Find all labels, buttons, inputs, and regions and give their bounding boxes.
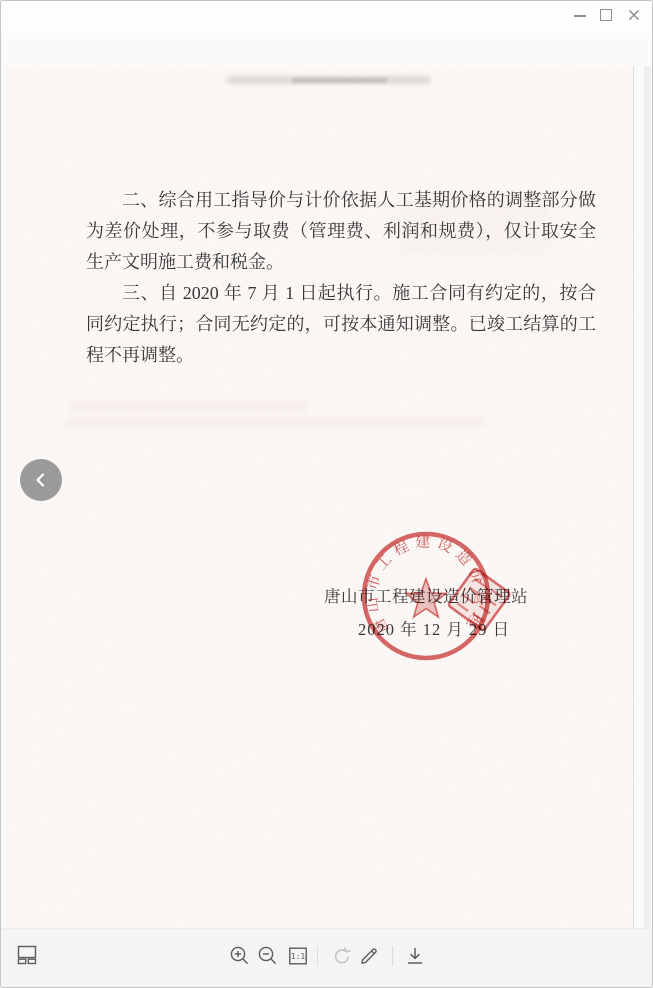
scrollbar-track[interactable] [644, 66, 651, 953]
toolbar-separator [392, 946, 393, 966]
minimize-icon[interactable] [574, 15, 586, 17]
doc-line: 三、自 2020 年 7 月 1 日起执行。施工合同有约定的，按合 [86, 281, 596, 307]
close-icon[interactable] [628, 9, 640, 21]
zoom-in-icon[interactable] [229, 945, 251, 967]
app-window: 二、综合用工指导价与计价依据人工基期价格的调整部分做 为差价处理，不参与取费（管… [0, 0, 653, 988]
doc-line: 同约定执行；合同无约定的，可按本通知调整。已竣工结算的工 [86, 312, 596, 338]
toolbar-center-group: 1:1 [1, 939, 653, 973]
zoom-ratio-label: 1:1 [291, 952, 306, 961]
zoom-ratio-button[interactable]: 1:1 [287, 945, 309, 967]
rotate-icon[interactable] [331, 945, 353, 967]
title-bar [1, 1, 652, 33]
chevron-left-icon [32, 471, 50, 489]
doc-line: 程不再调整。 [86, 343, 596, 369]
doc-line: 二、综合用工指导价与计价依据人工基期价格的调整部分做 [86, 188, 596, 214]
scanned-page: 二、综合用工指导价与计价依据人工基期价格的调整部分做 为差价处理，不参与取费（管… [4, 66, 634, 950]
download-icon[interactable] [404, 945, 426, 967]
edit-pencil-icon[interactable] [358, 945, 380, 967]
previous-page-button[interactable] [20, 459, 62, 501]
toolbar-separator [317, 946, 318, 966]
doc-line: 为差价处理，不参与取费（管理费、利润和规费），仅计取安全 [86, 219, 596, 245]
document-viewer: 二、综合用工指导价与计价依据人工基期价格的调整部分做 为差价处理，不参与取费（管… [1, 33, 652, 929]
doc-line: 生产文明施工费和税金。 [86, 250, 596, 276]
star-icon [406, 579, 446, 617]
zoom-out-icon[interactable] [257, 945, 279, 967]
maximize-icon[interactable] [600, 9, 612, 21]
